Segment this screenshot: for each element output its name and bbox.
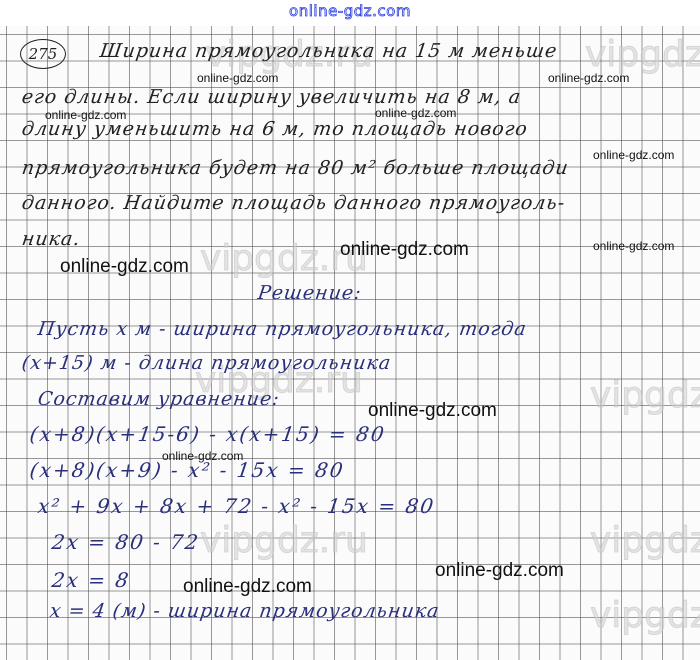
overlay-watermark: online-gdz.com xyxy=(183,576,312,598)
overlay-watermark: online-gdz.com xyxy=(593,148,674,162)
solution-line: (x+15) м - длина прямоугольника xyxy=(20,352,392,374)
solution-line: Составим уравнение: xyxy=(36,388,281,410)
overlay-watermark: online-gdz.com xyxy=(548,71,629,85)
problem-line: ника. xyxy=(20,228,82,250)
problem-line: Ширина прямоугольника на 15 м меньше xyxy=(98,40,558,62)
equation-line: (x+8)(x+15-6) - x(x+15) = 80 xyxy=(28,422,387,446)
equation-line: 2x = 80 - 72 xyxy=(50,530,201,554)
equation-line: x² + 9x + 8x + 72 - x² - 15x = 80 xyxy=(36,494,436,518)
problem-line: его длины. Если ширину увеличить на 8 м,… xyxy=(20,86,522,108)
overlay-watermark: online-gdz.com xyxy=(340,239,469,261)
problem-line: прямоугольника будет на 80 м² больше пло… xyxy=(20,157,570,179)
overlay-watermark: online-gdz.com xyxy=(435,560,564,582)
overlay-watermark: online-gdz.com xyxy=(162,449,243,463)
overlay-watermark: online-gdz.com xyxy=(45,108,126,122)
overlay-watermark: online-gdz.com xyxy=(593,239,674,253)
overlay-watermark: online-gdz.com xyxy=(60,256,189,278)
overlay-watermark: online-gdz.com xyxy=(197,71,278,85)
task-number: 275 xyxy=(20,39,66,69)
problem-line: данного. Найдите площадь данного прямоуг… xyxy=(20,192,566,214)
overlay-watermark: online-gdz.com xyxy=(368,400,497,422)
top-watermark: online-gdz.com xyxy=(0,0,700,24)
equation-line: 2x = 8 xyxy=(50,568,132,592)
solution-heading: Решение: xyxy=(256,282,363,304)
overlay-watermark: online-gdz.com xyxy=(375,106,456,120)
answer-line: x = 4 (м) - ширина прямоугольника xyxy=(48,600,441,622)
solution-line: Пусть x м - ширина прямоугольника, тогда xyxy=(36,318,528,340)
